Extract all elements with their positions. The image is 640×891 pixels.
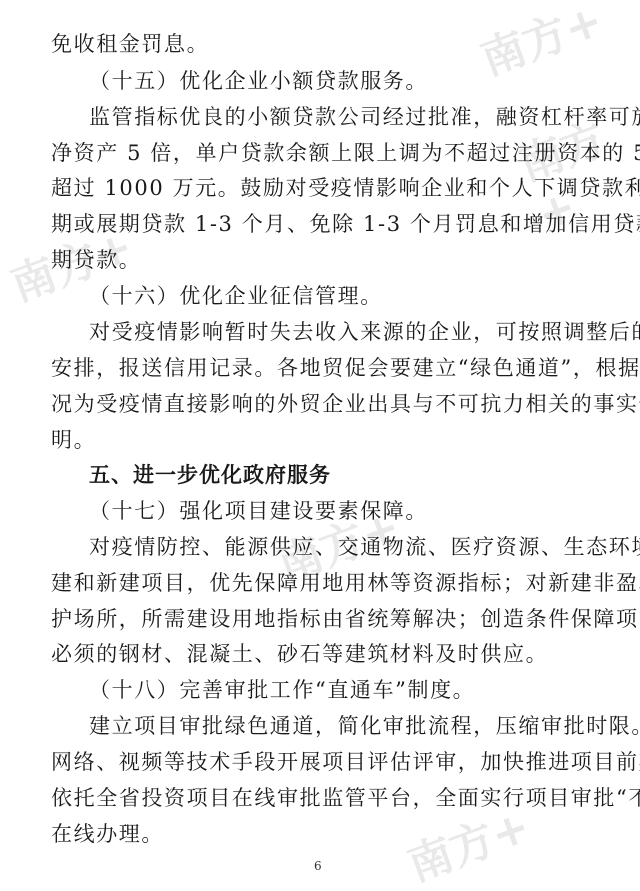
text-line: 建和新建项目，优先保障用地用林等资源指标；对新建非盈利性医 [51, 568, 591, 598]
text-line: 超过 1000 万元。鼓励对受疫情影响企业和个人下调贷款利率、延 [51, 173, 591, 203]
text-line: 安排，报送信用记录。各地贸促会要建立“绿色通道”，根据实际情 [51, 353, 591, 383]
document-page: 南方+ 南方+ 南方+ 南方+ 南方+ 免收租金罚息。 （十五）优化企业小额贷款… [0, 0, 640, 891]
text-line: 网络、视频等技术手段开展项目评估评审，加快推进项目前期工作. [51, 747, 591, 777]
subheading-15: （十五）优化企业小额贷款服务。 [89, 66, 629, 96]
section-heading-5: 五、进一步优化政府服务 [89, 460, 629, 490]
text-line: 净资产 5 倍，单户贷款余额上限上调为不超过注册资本的 5%且不 [51, 138, 591, 168]
text-line: 期贷款。 [51, 245, 591, 275]
subheading-16: （十六）优化企业征信管理。 [89, 281, 629, 311]
text-line: 对疫情防控、能源供应、交通物流、医疗资源、生态环境等在 [89, 532, 629, 562]
text-line: 对受疫情影响暂时失去收入来源的企业，可按照调整后的还款 [89, 317, 629, 347]
text-line: 在线办理。 [51, 819, 591, 849]
text-line: 护场所，所需建设用地指标由省统筹解决；创造条件保障项目建设 [51, 604, 591, 634]
subheading-18: （十八）完善审批工作“直通车”制度。 [89, 675, 629, 705]
text-line: 明。 [51, 425, 591, 455]
page-number: 6 [314, 859, 322, 873]
text-line: 建立项目审批绿色通道，简化审批流程，压缩审批时限。采取 [89, 711, 629, 741]
text-line: 况为受疫情直接影响的外贸企业出具与不可抗力相关的事实性证 [51, 389, 591, 419]
text-line: 监管指标优良的小额贷款公司经过批准，融资杠杆率可放宽至 [89, 102, 629, 132]
text-line: 依托全省投资项目在线审批监管平台，全面实行项目审批“不见面” [51, 783, 591, 813]
text-line: 期或展期贷款 1-3 个月、免除 1-3 个月罚息和增加信用贷款及中长 [51, 209, 591, 239]
text-line: 免收租金罚息。 [51, 29, 591, 59]
text-line: 必须的钢材、混凝土、砂石等建筑材料及时供应。 [51, 639, 591, 669]
subheading-17: （十七）强化项目建设要素保障。 [89, 496, 629, 526]
